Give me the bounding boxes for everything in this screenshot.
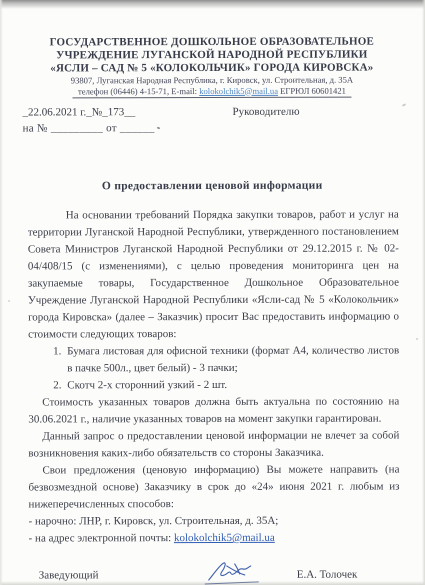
outgoing-date-number: _22.06.2021 г._№_173__ (23, 106, 136, 118)
org-name-line-2: УЧРЕЖДЕНИЕ ЛУГАНСКОЙ НАРОДНОЙ РЕСПУБЛИКИ (0, 48, 424, 62)
signature-block: Заведующий Е.А. Толочек (1, 559, 425, 585)
handwritten-signature-icon (201, 560, 267, 585)
paragraph-validity: Стоимость указанных товаров должна быть … (28, 394, 399, 429)
org-contacts: телефон (06446) 4-15-71, E-mail: kolokol… (72, 85, 352, 98)
paragraph-legal-basis: На основании требований Порядка закупки … (28, 207, 399, 344)
letter-content: ГОСУДАРСТВЕННОЕ ДОШКОЛЬНОЕ ОБРАЗОВАТЕЛЬН… (0, 0, 425, 585)
goods-list-item: Бумага листовая для офисной техники (фор… (64, 343, 399, 378)
delivery-email-label: - на адрес электронной почты: (29, 532, 174, 544)
subject-title: О предоставлении ценовой информации (0, 179, 425, 192)
delivery-in-person: - нарочно: ЛНР, г. Кировск, ул. Строител… (29, 513, 400, 531)
org-contacts-text: телефон (06446) 4-15-71, E-mail: (78, 86, 199, 96)
letterhead: ГОСУДАРСТВЕННОЕ ДОШКОЛЬНОЕ ОБРАЗОВАТЕЛЬН… (0, 0, 424, 99)
paragraph-no-obligation: Данный запрос о предоставлении ценовой и… (28, 428, 399, 463)
recipient-label: Руководителю (233, 106, 300, 118)
body-email-link[interactable]: kolokolchik5@mail.ua (174, 532, 275, 544)
goods-list: Бумага листовая для офисной техники (фор… (28, 343, 399, 395)
org-registry-number: ЕГРЮЛ 60601421 (278, 85, 346, 95)
header-email-link[interactable]: kolokolchik5@mail.ua (199, 85, 278, 95)
letter-body: На основании требований Порядка закупки … (28, 207, 400, 548)
org-name-line-3: «ЯСЛИ – САД № 5 «КОЛОКОЛЬЧИК» ГОРОДА КИР… (0, 61, 424, 75)
signature-name: Е.А. Толочек (297, 569, 358, 581)
delivery-email-line: - на адрес электронной почты: kolokolchi… (29, 530, 400, 548)
goods-list-item: Скотч 2-х сторонний узкий - 2 шт. (64, 377, 399, 395)
scanned-letter-page: ГОСУДАРСТВЕННОЕ ДОШКОЛЬНОЕ ОБРАЗОВАТЕЛЬН… (0, 0, 425, 585)
paragraph-submission: Свои предложения (ценовую информацию) Вы… (28, 462, 399, 514)
reference-block: _22.06.2021 г._№_173__ Руководителю на №… (0, 105, 425, 140)
signature-position: Заведующий (39, 569, 99, 581)
org-name-line-1: ГОСУДАРСТВЕННОЕ ДОШКОЛЬНОЕ ОБРАЗОВАТЕЛЬН… (0, 35, 424, 49)
reply-reference-line: на № _________ от ______ (23, 122, 155, 134)
